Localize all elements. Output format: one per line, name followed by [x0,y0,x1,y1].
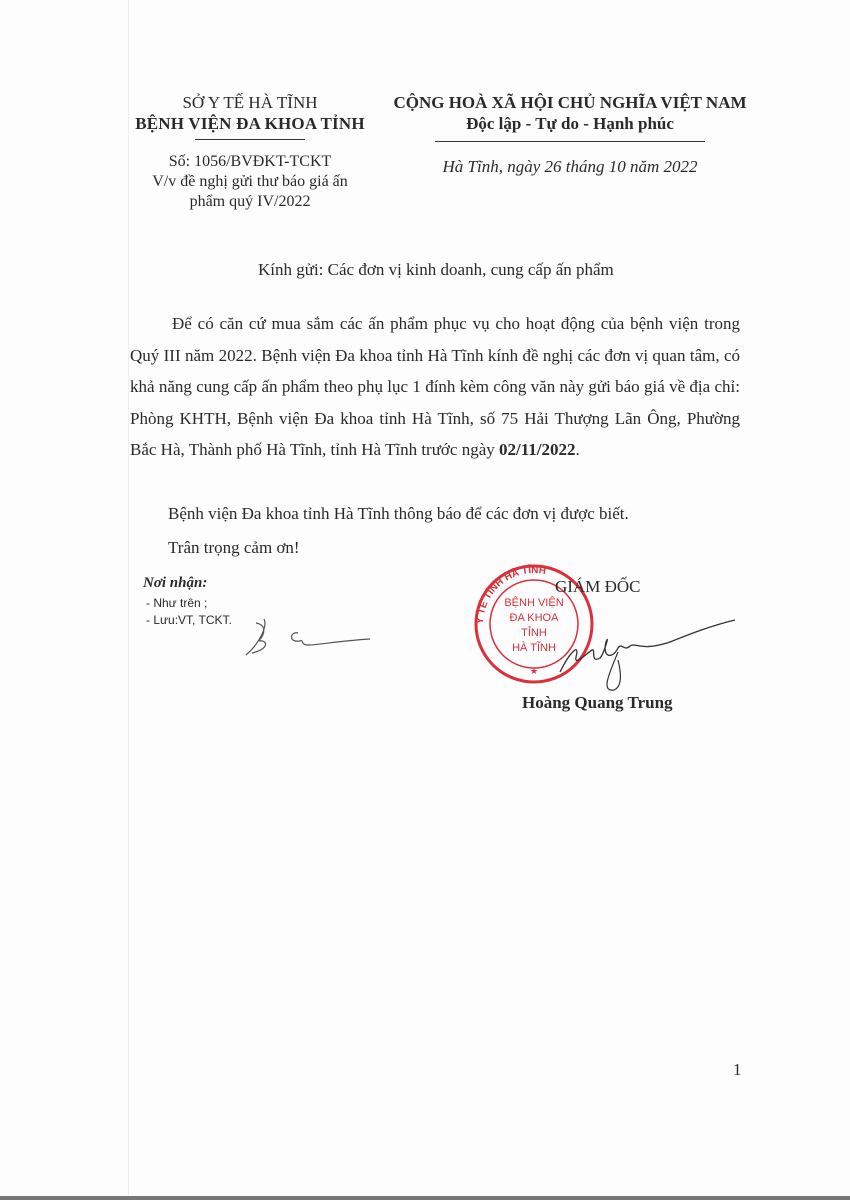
signer-name: Hoàng Quang Trung [522,693,673,713]
subject-line-2: phẩm quý IV/2022 [120,192,380,212]
recipient-item: - Như trên ; [146,596,207,610]
director-title: GIÁM ĐỐC [555,577,640,597]
country-name: CỘNG HOÀ XÃ HỘI CHỦ NGHĨA VIỆT NAM [375,92,765,113]
closing-line: Trân trọng cảm ơn! [168,538,300,558]
ministry-name: SỞ Y TẾ HÀ TĨNH [120,92,380,113]
subject-line-1: V/v đề nghị gửi thư báo giá ấn [120,172,380,192]
body-paragraph-2: Bệnh viện Đa khoa tỉnh Hà Tĩnh thông báo… [168,504,629,524]
body-paragraph-1-text: Để có căn cứ mua sắm các ấn phẩm phục vụ… [130,314,740,459]
national-header: CỘNG HOÀ XÃ HỘI CHỦ NGHĨA VIỆT NAM Độc l… [375,92,765,134]
deadline-date: 02/11/2022 [499,440,576,459]
svg-text:★: ★ [530,666,538,676]
svg-text:BỆNH VIỆN: BỆNH VIỆN [504,596,563,609]
document-page: SỞ Y TẾ HÀ TĨNH BỆNH VIỆN ĐA KHOA TỈNH S… [0,0,850,1200]
document-reference: Số: 1056/BVĐKT-TCKT V/v đề nghị gửi thư … [120,152,380,212]
national-motto: Độc lập - Tự do - Hạnh phúc [375,113,765,134]
header-right-divider [435,141,705,142]
director-signature [540,612,740,697]
hospital-name: BỆNH VIỆN ĐA KHOA TỈNH [120,113,380,134]
dateline: Hà Tĩnh, ngày 26 tháng 10 năm 2022 [375,157,765,177]
page-number: 1 [733,1060,742,1080]
recipient-item: - Lưu:VT, TCKT. [146,613,232,627]
document-number: Số: 1056/BVĐKT-TCKT [120,152,380,172]
issuing-agency-header: SỞ Y TẾ HÀ TĨNH BỆNH VIỆN ĐA KHOA TỈNH [120,92,380,134]
recipient-line: Kính gửi: Các đơn vị kinh doanh, cung cấ… [258,260,614,280]
recipients-title: Nơi nhận: [143,575,207,592]
initials-mark [238,615,378,660]
header-left-divider [195,139,305,140]
scan-bottom-edge [0,1196,850,1200]
body-paragraph-1: Để có căn cứ mua sắm các ấn phẩm phục vụ… [130,308,740,466]
